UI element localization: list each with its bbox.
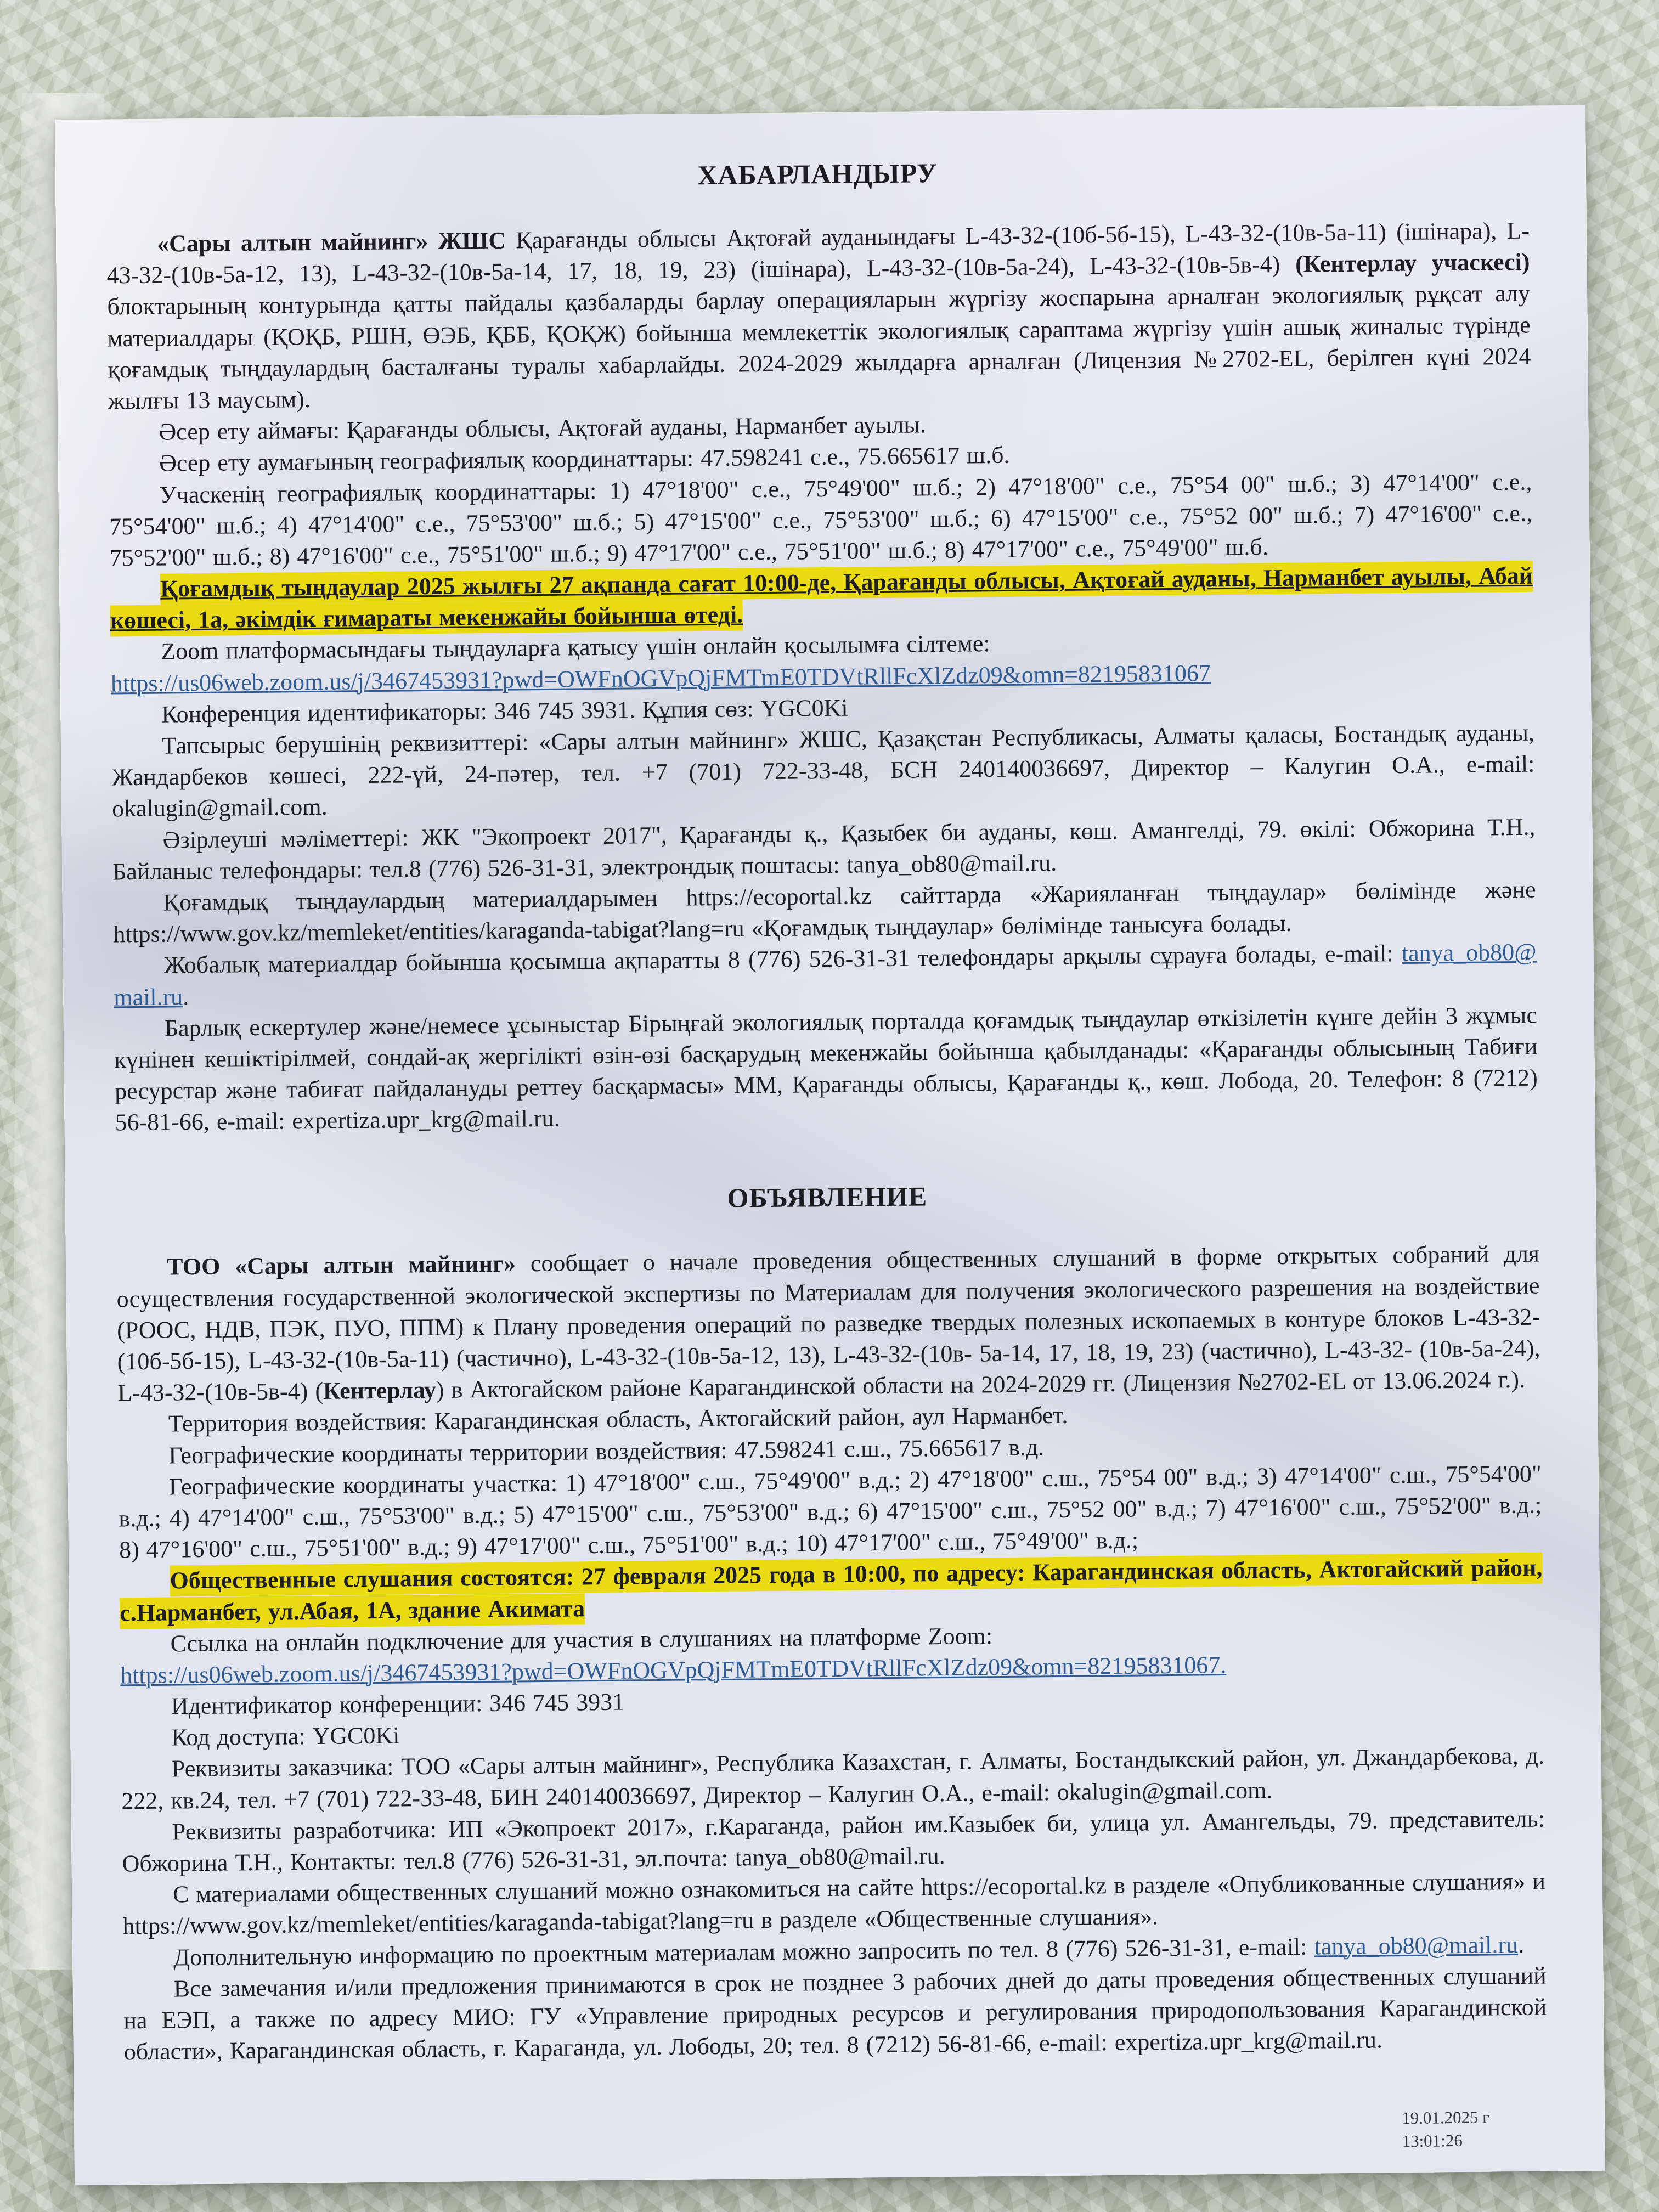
text-run: Әсер ету аумағының географиялық координа… (159, 442, 1010, 477)
text-run: Код доступа: YGC0Ki (171, 1722, 400, 1751)
text-run: Қоғамдық тыңдаулардың материалдарымен ht… (113, 876, 1536, 948)
text-run: . (183, 983, 189, 1010)
company-name-kk: «Сары алтын майнинг» ЖШС (157, 227, 516, 257)
site-coordinates-kk: Учаскенің географиялық координаттары: 1)… (109, 466, 1533, 573)
text-run: Реквизиты разработчика: ИП «Экопроект 20… (122, 1805, 1545, 1877)
site-coordinates-ru: Географические координаты участка: 1) 47… (119, 1458, 1543, 1565)
customer-details-kk: Тапсырыс берушінің реквизиттері: «Сары а… (111, 717, 1536, 825)
text-run: Әзірлеуші мәліметтері: ЖК "Экопроект 201… (112, 813, 1536, 885)
remarks-paragraph-ru: Все замечания и/или предложения принимаю… (123, 1960, 1547, 2067)
text-run: Географические координаты участка: 1) 47… (119, 1460, 1542, 1563)
company-name-ru: ТОО «Сары алтын майнинг» (167, 1250, 516, 1280)
text-run: блоктарының контурында қатты пайдалы қаз… (107, 280, 1531, 414)
text-run: Zoom платформасындағы тыңдауларға қатысу… (161, 630, 990, 665)
text-run: Идентификатор конференции: 346 745 3931 (171, 1689, 625, 1720)
section-title-ru: ОБЪЯВЛЕНИЕ (116, 1173, 1539, 1222)
text-run: С материалами общественных слушаний можн… (122, 1868, 1545, 1940)
text-run: Барлық ескертулер және/немесе ұсыныстар … (114, 1001, 1538, 1136)
site-name-ru: Кентерлау (323, 1376, 437, 1404)
text-run: Учаскенің географиялық координаттары: 1)… (109, 468, 1532, 571)
text-run: Әсер ету аймағы: Қарағанды облысы, Ақтоғ… (159, 411, 926, 445)
text-run: Все замечания и/или предложения принимаю… (123, 1962, 1547, 2065)
text-run: Тапсырыс берушінің реквизиттері: «Сары а… (111, 719, 1534, 822)
email-link-ru[interactable]: tanya_ob80@mail.ru (1314, 1931, 1518, 1960)
photo-timestamp-time: 13:01:26 (1402, 2129, 1490, 2153)
site-name-kk: (Кентерлау учаскесі) (1295, 249, 1530, 278)
text-run: Ссылка на онлайн подключение для участия… (170, 1622, 992, 1657)
section-kk: ХАБАРЛАНДЫРУ«Сары алтын майнинг» ЖШС Қар… (106, 150, 1538, 1138)
text-run: Географические координаты территории воз… (168, 1434, 1044, 1469)
photo-timestamp-date: 19.01.2025 г (1402, 2106, 1490, 2130)
photo-timestamp: 19.01.2025 г 13:01:26 (1402, 2106, 1490, 2153)
text-run: . (1518, 1931, 1524, 1957)
text-run: Реквизиты заказчика: ТОО «Сары алтын май… (121, 1742, 1544, 1814)
paper-sheet: ХАБАРЛАНДЫРУ«Сары алтын майнинг» ЖШС Қар… (55, 105, 1605, 2186)
intro-paragraph-kk: «Сары алтын майнинг» ЖШС Қарағанды облыс… (106, 215, 1531, 417)
section-title-kk: ХАБАРЛАНДЫРУ (106, 150, 1530, 199)
text-run: Конференция идентификаторы: 346 745 3931… (161, 694, 848, 727)
document-body: ХАБАРЛАНДЫРУ«Сары алтын майнинг» ЖШС Қар… (55, 105, 1605, 2151)
section-ru: ОБЪЯВЛЕНИЕТОО «Сары алтын майнинг» сообщ… (116, 1173, 1547, 2068)
intro-paragraph-ru: ТОО «Сары алтын майнинг» сообщает о нача… (116, 1238, 1541, 1409)
remarks-paragraph-kk: Барлық ескертулер және/немесе ұсыныстар … (114, 999, 1538, 1138)
